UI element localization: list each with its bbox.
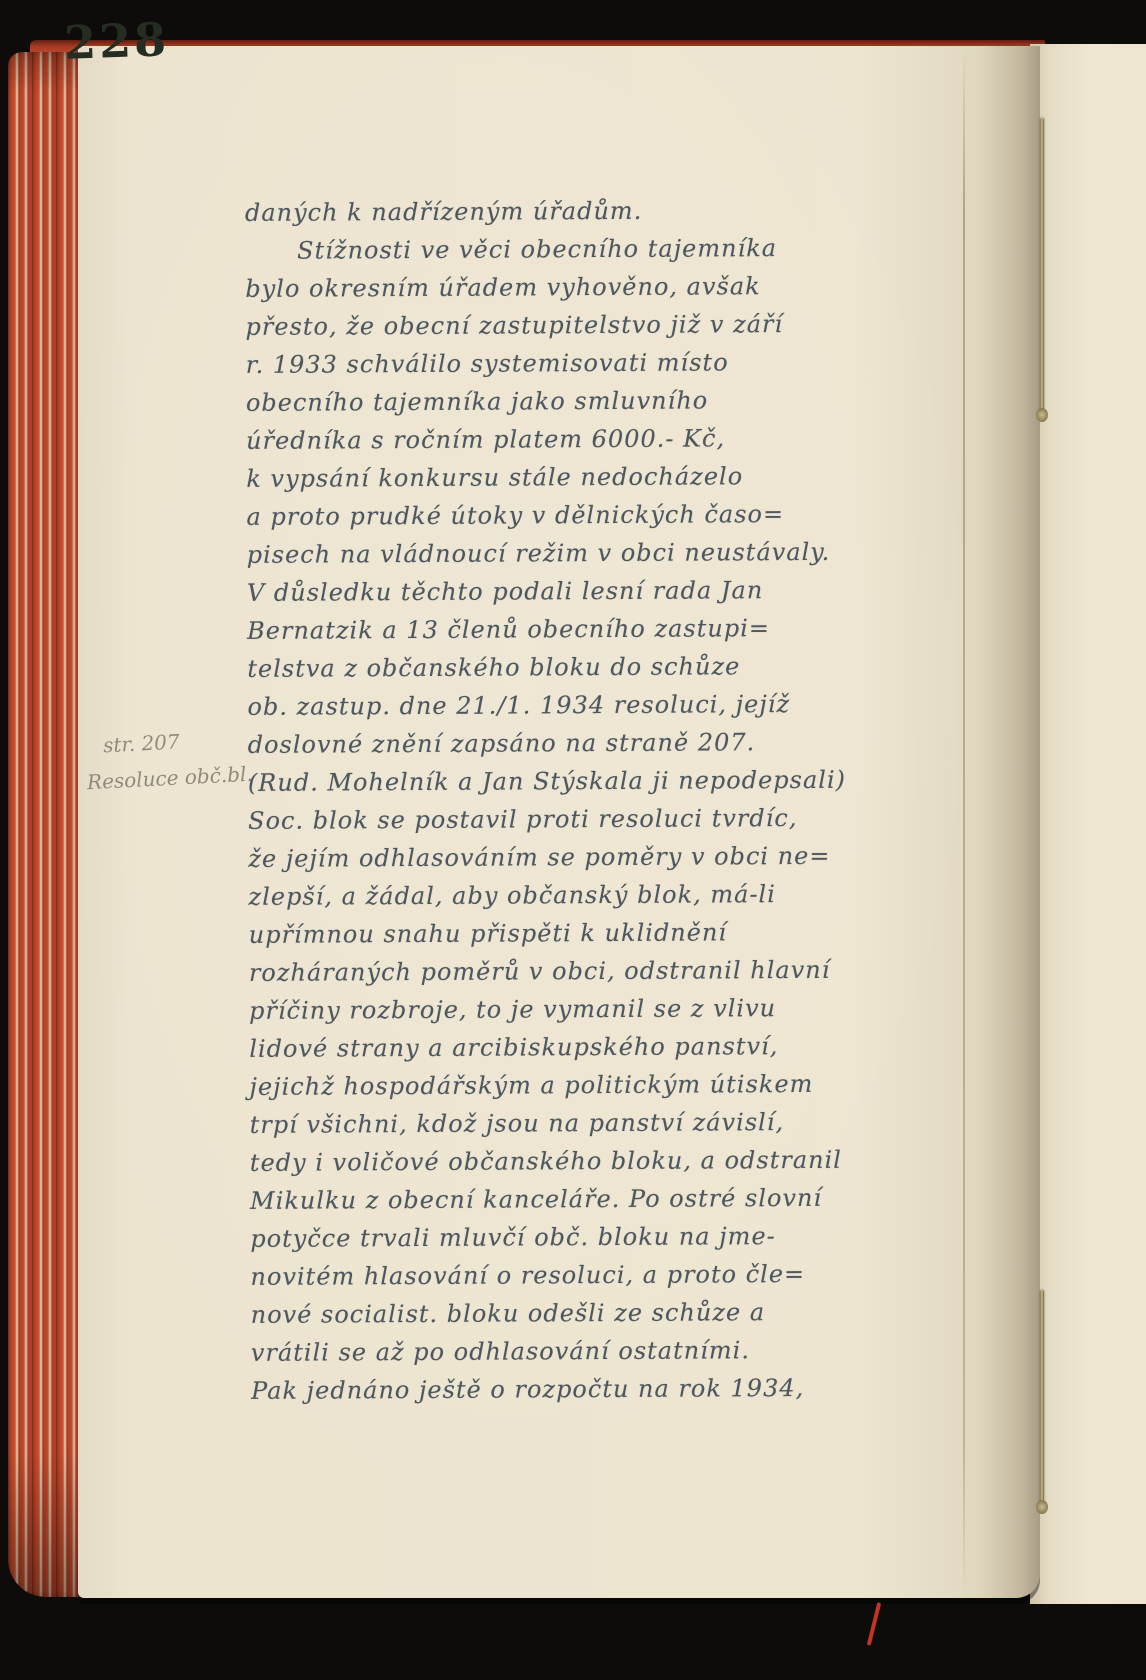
text-line: Mikulku z obecní kanceláře. Po ostré slo… [250, 1178, 970, 1220]
text-line: telstva z občanského bloku do schůze [247, 646, 967, 688]
text-line: úředníka s ročním platem 6000.- Kč, [246, 418, 966, 460]
text-line: nové socialist. bloku odešli ze schůze a [251, 1292, 971, 1334]
text-line: a proto prudké útoky v dělnických časo= [246, 494, 966, 536]
red-page-edges [8, 52, 88, 1597]
text-line: k vypsání konkursu stále nedocházelo [246, 456, 966, 498]
page-number: 228 [63, 12, 170, 70]
facing-page-sliver [1030, 44, 1146, 1604]
binding-thread-knot [1036, 408, 1048, 422]
text-line: r. 1933 schválilo systemisovati místo [246, 342, 966, 384]
text-line: tedy i voličové občanského bloku, a odst… [250, 1140, 970, 1182]
text-line: ob. zastup. dne 21./1. 1934 resoluci, je… [247, 684, 967, 726]
text-line: trpí všichni, kdož jsou na panství závis… [250, 1102, 970, 1144]
text-line: (Rud. Mohelník a Jan Stýskala ji nepodep… [248, 760, 968, 802]
text-line: jejichž hospodářským a politickým útiske… [249, 1064, 969, 1106]
text-line: potyčce trvali mluvčí obč. bloku na jme- [250, 1216, 970, 1258]
text-line: lidové strany a arcibiskupského panství, [249, 1026, 969, 1068]
binding-thread-bottom [1040, 1290, 1044, 1512]
text-line: pisech na vládnoucí režim v obci neustáv… [247, 532, 967, 574]
text-line: vrátili se až po odhlasování ostatními. [251, 1330, 971, 1372]
text-line: příčiny rozbroje, to je vymanil se z vli… [249, 988, 969, 1030]
text-line: Stížnosti ve věci obecního tajemníka [245, 228, 965, 270]
text-line: zlepší, a žádal, aby občanský blok, má-l… [248, 874, 968, 916]
text-line: že jejím odhlasováním se poměry v obci n… [248, 836, 968, 878]
handwritten-text: daných k nadřízeným úřadům.Stížnosti ve … [245, 190, 971, 1410]
text-line: obecního tajemníka jako smluvního [246, 380, 966, 422]
text-line: Bernatzik a 13 členů obecního zastupi= [247, 608, 967, 650]
book-scan: 228 str. 207 Resoluce obč.bl. daných k n… [0, 0, 1146, 1680]
text-line: přesto, že obecní zastupitelstvo již v z… [245, 304, 965, 346]
bookmark-ribbon-tip [867, 1602, 882, 1646]
text-line: novitém hlasování o resoluci, a proto čl… [250, 1254, 970, 1296]
text-line: doslovné znění zapsáno na straně 207. [248, 722, 968, 764]
chronicle-page: 228 str. 207 Resoluce obč.bl. daných k n… [78, 46, 1040, 1598]
gutter-shadow [980, 46, 1040, 1598]
margin-note: str. 207 Resoluce obč.bl. [84, 720, 253, 801]
text-line: upřímnou snahu přispěti k uklidnění [249, 912, 969, 954]
text-line: Pak jednáno ještě o rozpočtu na rok 1934… [251, 1368, 971, 1410]
gutter-crease [963, 50, 965, 1595]
text-line: Soc. blok se postavil proti resoluci tvr… [248, 798, 968, 840]
binding-thread-top [1040, 118, 1044, 418]
text-line: daných k nadřízeným úřadům. [245, 190, 965, 232]
text-line: rozháraných poměrů v obci, odstranil hla… [249, 950, 969, 992]
text-line: bylo okresním úřadem vyhověno, avšak [245, 266, 965, 308]
margin-note-label: Resoluce obč.bl. [86, 756, 254, 801]
text-line: V důsledku těchto podali lesní rada Jan [247, 570, 967, 612]
binding-thread-knot [1036, 1500, 1048, 1514]
